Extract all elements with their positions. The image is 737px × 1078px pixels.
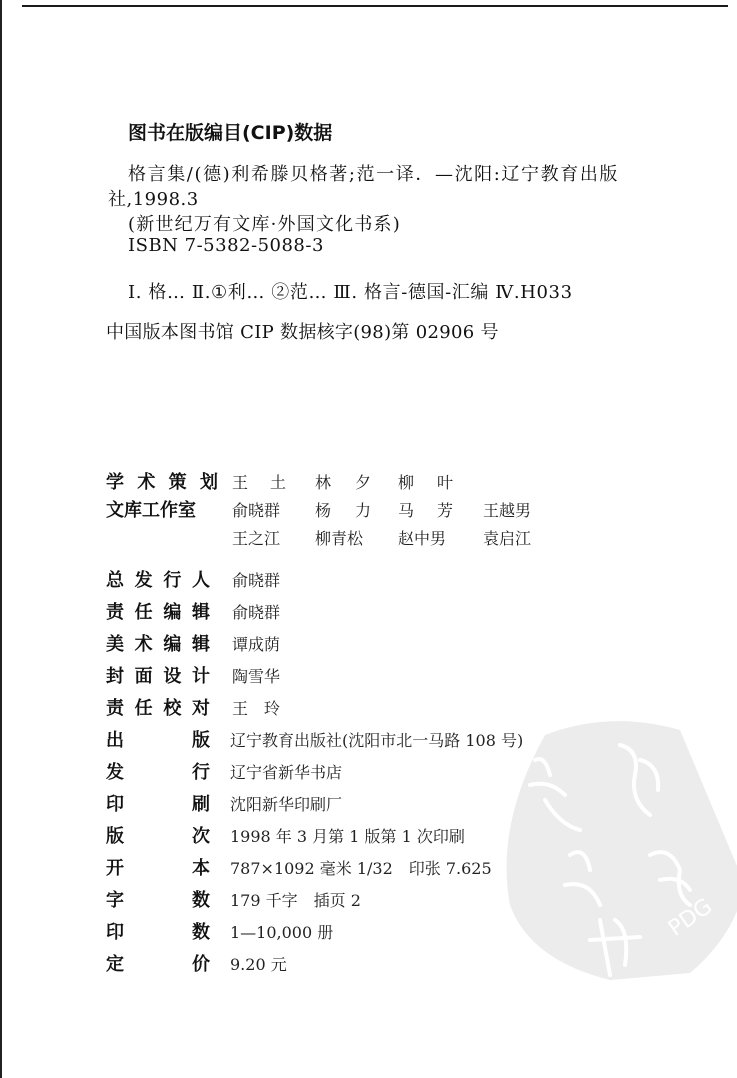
label-char: 印 <box>106 918 124 944</box>
label-char: 编 <box>163 598 181 624</box>
pub-value: 787×1092 毫米 1/32 印张 7.625 <box>230 856 492 879</box>
studio-name: 王越男 <box>483 498 531 521</box>
planning-name: 王 <box>232 470 248 493</box>
studio-name: 赵中男 <box>398 526 446 549</box>
label-char: 责 <box>106 598 124 624</box>
studio-name: 俞晓群 <box>232 498 280 521</box>
label-char: 字 <box>106 886 124 912</box>
label-char: 行 <box>163 566 181 592</box>
pub-value: 1—10,000 册 <box>230 920 333 943</box>
label-char: 校 <box>163 694 181 720</box>
pub-value: 沈阳新华印刷厂 <box>230 792 342 815</box>
studio-name: 芳 <box>437 498 453 521</box>
label-char: 本 <box>192 854 210 880</box>
label-char: 数 <box>192 918 210 944</box>
label-char: 数 <box>192 886 210 912</box>
pub-label: 出版 <box>106 726 210 752</box>
pub-value: 179 千字 插页 2 <box>230 888 361 911</box>
credit-value: 俞晓群 <box>232 600 280 623</box>
label-char: 辑 <box>192 630 210 656</box>
label-char: 学 <box>106 468 124 494</box>
label-char: 编 <box>163 630 181 656</box>
studio-name: 袁启江 <box>483 526 531 549</box>
credit-label: 美术编辑 <box>106 630 210 656</box>
studio-name: 马 <box>398 498 414 521</box>
studio-name: 力 <box>355 498 371 521</box>
pub-label: 印刷 <box>106 790 210 816</box>
studio-name: 柳青松 <box>315 526 363 549</box>
pub-value: 1998 年 3 月第 1 版第 1 次印刷 <box>230 824 465 847</box>
planning-name: 柳 <box>398 470 414 493</box>
cip-title: 图书在版编目(CIP)数据 <box>128 118 332 145</box>
studio-label: 文库工作室 <box>106 496 196 522</box>
label-char: 策 <box>169 468 187 494</box>
cip-classification: Ⅰ. 格… Ⅱ.①利… ②范… Ⅲ. 格言-德国-汇编 Ⅳ.H033 <box>128 278 573 304</box>
pub-label: 开本 <box>106 854 210 880</box>
pub-value: 9.20 元 <box>230 952 287 975</box>
studio-name: 王之江 <box>232 526 280 549</box>
credit-label: 责任编辑 <box>106 598 210 624</box>
label-char: 人 <box>192 566 210 592</box>
studio-name: 杨 <box>315 498 331 521</box>
pub-label: 定价 <box>106 950 210 976</box>
cip-record-number: 中国版本图书馆 CIP 数据核字(98)第 02906 号 <box>106 318 499 344</box>
cip-line: (新世纪万有文库·外国文化书系) <box>128 210 401 236</box>
credit-value: 谭成荫 <box>232 632 280 655</box>
credit-label: 总发行人 <box>106 566 210 592</box>
label-char: 术 <box>135 630 153 656</box>
label-char: 发 <box>135 566 153 592</box>
watermark-text: PDG <box>664 894 717 942</box>
cip-line: 社,1998.3 <box>108 185 199 211</box>
label-char: 设 <box>163 662 181 688</box>
label-char: 出 <box>106 726 124 752</box>
planning-name: 林 <box>315 470 331 493</box>
label-char: 价 <box>192 950 210 976</box>
credit-label: 责任校对 <box>106 694 210 720</box>
label-char: 对 <box>192 694 210 720</box>
page-left-border <box>0 0 2 1078</box>
pdg-seal-watermark-icon: PDG <box>490 705 737 980</box>
label-char: 印 <box>106 790 124 816</box>
pub-label: 发行 <box>106 758 210 784</box>
label-char: 划 <box>200 468 218 494</box>
label-char: 任 <box>135 694 153 720</box>
top-rule <box>22 5 728 7</box>
label-char: 发 <box>106 758 124 784</box>
planning-label: 学 术 策 划 <box>106 468 218 494</box>
label-char: 版 <box>192 726 210 752</box>
credit-value: 王 玲 <box>232 696 280 719</box>
label-char: 总 <box>106 566 124 592</box>
label-char: 面 <box>135 662 153 688</box>
label-char: 定 <box>106 950 124 976</box>
label-char: 计 <box>192 662 210 688</box>
label-char: 术 <box>137 468 155 494</box>
planning-name: 夕 <box>355 470 371 493</box>
label-char: 刷 <box>192 790 210 816</box>
credit-value: 俞晓群 <box>232 568 280 591</box>
cip-isbn: ISBN 7-5382-5088-3 <box>128 235 324 256</box>
credit-label: 封面设计 <box>106 662 210 688</box>
label-char: 辑 <box>192 598 210 624</box>
label-char: 任 <box>135 598 153 624</box>
cip-line: 格言集/(德)利希滕贝格著;范一译．—沈阳:辽宁教育出版 <box>128 160 619 186</box>
label-char: 责 <box>106 694 124 720</box>
label-char: 封 <box>106 662 124 688</box>
pub-value: 辽宁教育出版社(沈阳市北一马路 108 号) <box>230 728 523 751</box>
pub-value: 辽宁省新华书店 <box>230 760 342 783</box>
label-char: 次 <box>192 822 210 848</box>
label-char: 行 <box>192 758 210 784</box>
pub-label: 印数 <box>106 918 210 944</box>
pub-label: 版次 <box>106 822 210 848</box>
credit-value: 陶雪华 <box>232 664 280 687</box>
label-char: 开 <box>106 854 124 880</box>
label-char: 美 <box>106 630 124 656</box>
label-char: 版 <box>106 822 124 848</box>
planning-name: 土 <box>270 470 286 493</box>
planning-name: 叶 <box>437 470 453 493</box>
pub-label: 字数 <box>106 886 210 912</box>
